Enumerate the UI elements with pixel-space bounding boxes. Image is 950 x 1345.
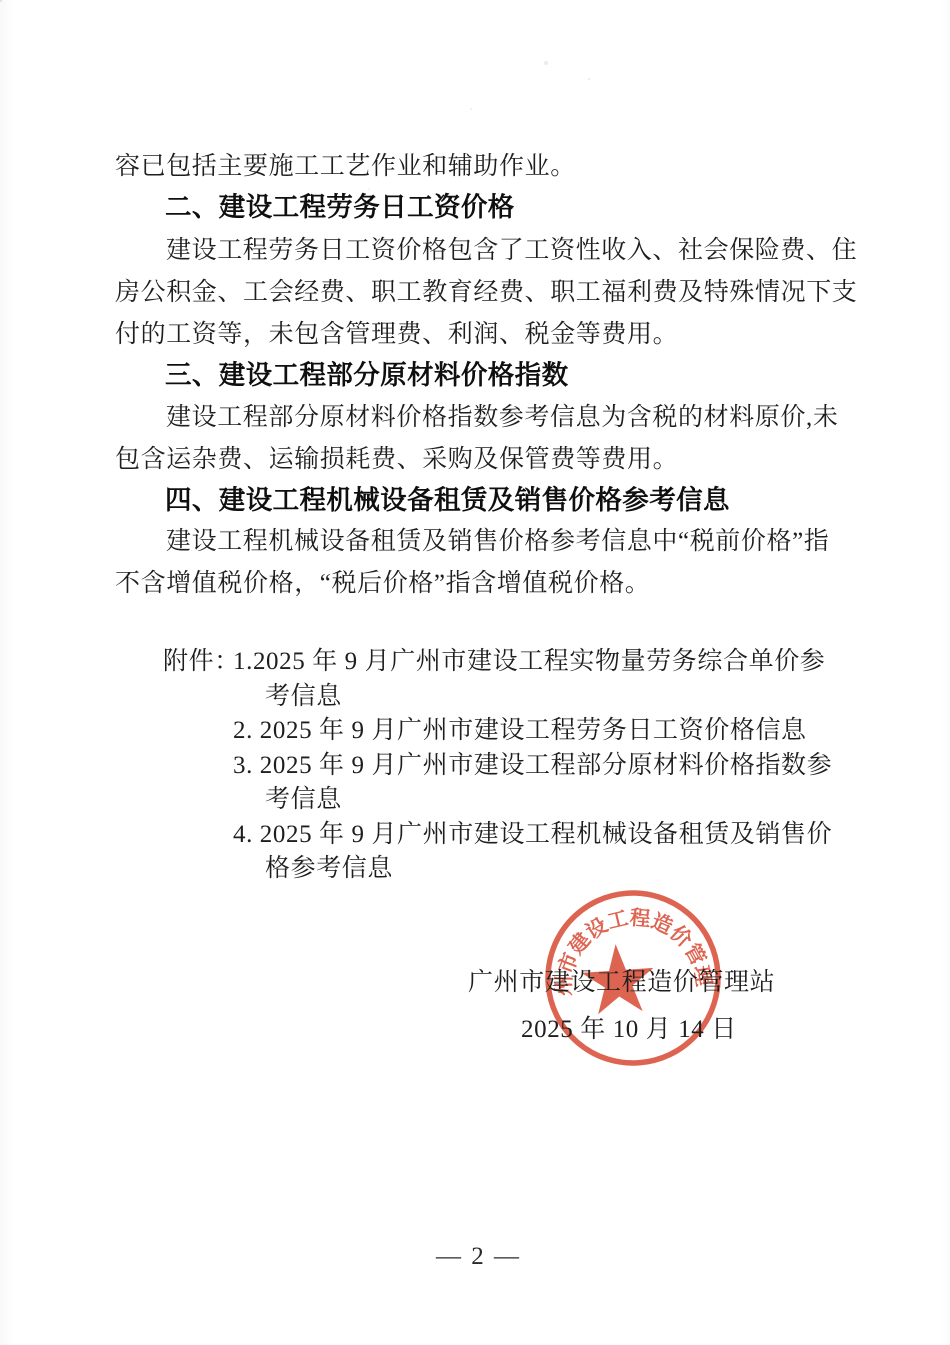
section-heading-2: 二、建设工程劳务日工资价格 xyxy=(165,193,515,222)
body-line: 包含运杂费、运输损耗费、采购及保管费等费用。 xyxy=(115,446,678,473)
body-line: 容已包括主要施工工艺作业和辅助作业。 xyxy=(115,153,576,180)
scanned-document-page: 容已包括主要施工工艺作业和辅助作业。 二、建设工程劳务日工资价格 建设工程劳务日… xyxy=(0,0,950,1345)
attachment-item: 1.2025 年 9 月广州市建设工程实物量劳务综合单价参 xyxy=(233,648,825,675)
body-line: 建设工程部分原材料价格指数参考信息为含税的材料原价,未 xyxy=(166,404,838,431)
body-line: 建设工程劳务日工资价格包含了工资性收入、社会保险费、住 xyxy=(166,237,857,264)
body-line: 建设工程机械设备租赁及销售价格参考信息中“税前价格”指 xyxy=(166,528,829,555)
body-line: 房公积金、工会经费、职工教育经费、职工福利费及特殊情况下支 xyxy=(115,279,857,306)
page-number: — 2 — xyxy=(436,1243,521,1270)
attachment-item: 3. 2025 年 9 月广州市建设工程部分原材料价格指数参 xyxy=(233,752,832,779)
body-line: 付的工资等，未包含管理费、利润、税金等费用。 xyxy=(115,321,678,348)
signature-org: 广州市建设工程造价管理站 xyxy=(468,969,775,996)
attachment-item-continuation: 格参考信息 xyxy=(265,855,393,882)
attachments-label: 附件： xyxy=(163,648,240,675)
signature-date: 2025 年 10 月 14 日 xyxy=(521,1016,737,1043)
body-line: 不含增值税价格，“税后价格”指含增值税价格。 xyxy=(115,570,650,597)
section-heading-4: 四、建设工程机械设备租赁及销售价格参考信息 xyxy=(165,486,730,515)
attachment-item: 4. 2025 年 9 月广州市建设工程机械设备租赁及销售价 xyxy=(233,821,832,848)
attachment-item-continuation: 考信息 xyxy=(265,683,342,710)
scan-noise xyxy=(0,0,2,2)
section-heading-3: 三、建设工程部分原材料价格指数 xyxy=(165,361,569,390)
attachment-item-continuation: 考信息 xyxy=(265,786,342,813)
attachment-item: 2. 2025 年 9 月广州市建设工程劳务日工资价格信息 xyxy=(233,717,807,744)
